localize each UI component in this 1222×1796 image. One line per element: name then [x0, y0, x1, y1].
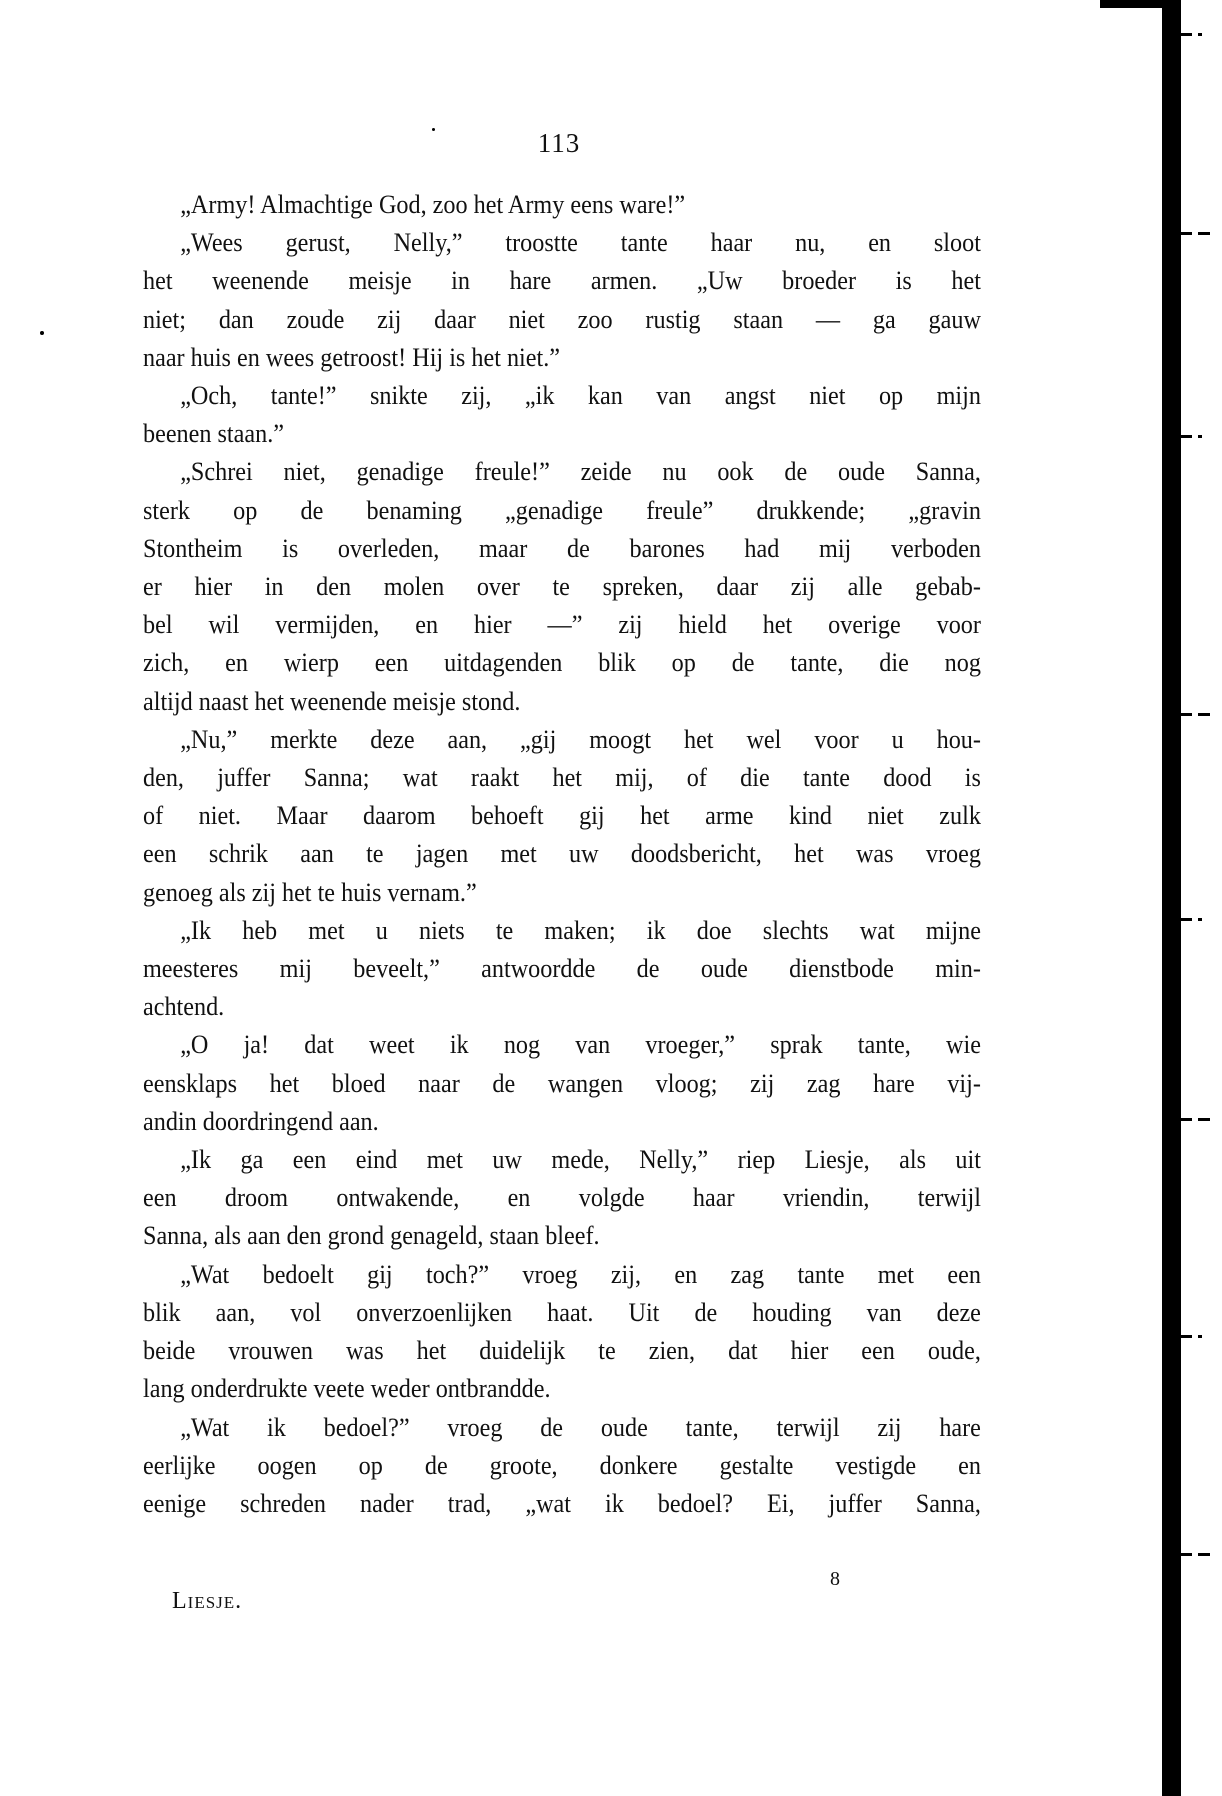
text-line: „Ik ga een eind met uw mede, Nelly,” rie…: [143, 1141, 981, 1179]
text-line: eensklaps het bloed naar de wangen vloog…: [143, 1065, 981, 1103]
text-line: Stontheim is overleden, maar de barones …: [143, 530, 981, 568]
binding-tick-mark: [1180, 435, 1202, 438]
text-line: niet; dan zoude zij daar niet zoo rustig…: [143, 301, 981, 339]
text-line: „Wees gerust, Nelly,” troostte tante haa…: [143, 224, 981, 262]
text-line: den, juffer Sanna; wat raakt het mij, of…: [143, 759, 981, 797]
text-line: genoeg als zij het te huis vernam.”: [143, 874, 981, 912]
text-line: bel wil vermijden, en hier —” zij hield …: [143, 606, 981, 644]
text-line: „Nu,” merkte deze aan, „gij moogt het we…: [143, 721, 981, 759]
text-line: „O ja! dat weet ik nog van vroeger,” spr…: [143, 1026, 981, 1064]
text-line: „Schrei niet, genadige freule!” zeide nu…: [143, 453, 981, 491]
text-line: meesteres mij beveelt,” antwoordde de ou…: [143, 950, 981, 988]
binding-tick-mark: [1180, 232, 1216, 235]
text-line: eerlijke oogen op de groote, donkere ges…: [143, 1447, 981, 1485]
scan-speck: [432, 128, 435, 131]
binding-tick-mark: [1180, 1335, 1202, 1338]
text-line: „Ik heb met u niets te maken; ik doe sle…: [143, 912, 981, 950]
text-line: „Och, tante!” snikte zij, „ik kan van an…: [143, 377, 981, 415]
binding-tick-mark: [1180, 33, 1202, 36]
body-text: „Army! Almachtige God, zoo het Army eens…: [143, 186, 922, 1523]
binding-tick-mark: [1180, 713, 1216, 716]
text-line: beide vrouwen was het duidelijk te zien,…: [143, 1332, 981, 1370]
text-line: naar huis en wees getroost! Hij is het n…: [143, 339, 981, 377]
text-line: eenige schreden nader trad, „wat ik bedo…: [143, 1485, 981, 1523]
text-line: „Army! Almachtige God, zoo het Army eens…: [143, 186, 981, 224]
running-footer-title: Liesje.: [172, 1588, 242, 1615]
binding-edge-shadow: [1162, 0, 1181, 1796]
text-line: andin doordringend aan.: [143, 1103, 981, 1141]
text-line: zich, en wierp een uitdagenden blik op d…: [143, 644, 981, 682]
binding-tick-mark: [1180, 918, 1202, 921]
scan-speck: [40, 331, 44, 335]
text-line: lang onderdrukte veete weder ontbrandde.: [143, 1370, 981, 1408]
text-line: een schrik aan te jagen met uw doodsberi…: [143, 835, 981, 873]
text-line: achtend.: [143, 988, 981, 1026]
text-line: „Wat bedoelt gij toch?” vroeg zij, en za…: [143, 1256, 981, 1294]
binding-tick-mark: [1180, 1118, 1216, 1121]
text-line: altijd naast het weenende meisje stond.: [143, 683, 981, 721]
text-line: er hier in den molen over te spreken, da…: [143, 568, 981, 606]
text-line: het weenende meisje in hare armen. „Uw b…: [143, 262, 981, 300]
text-line: „Wat ik bedoel?” vroeg de oude tante, te…: [143, 1409, 981, 1447]
text-line: blik aan, vol onverzoenlijken haat. Uit …: [143, 1294, 981, 1332]
text-line: een droom ontwakende, en volgde haar vri…: [143, 1179, 981, 1217]
text-line: of niet. Maar daarom behoeft gij het arm…: [143, 797, 981, 835]
page-number: 113: [0, 128, 1118, 159]
text-line: Sanna, als aan den grond genageld, staan…: [143, 1217, 981, 1255]
text-line: sterk op de benaming „genadige freule” d…: [143, 492, 981, 530]
text-line: beenen staan.”: [143, 415, 981, 453]
sheet-signature-mark: 8: [830, 1568, 840, 1591]
binding-tick-mark: [1180, 1553, 1216, 1556]
